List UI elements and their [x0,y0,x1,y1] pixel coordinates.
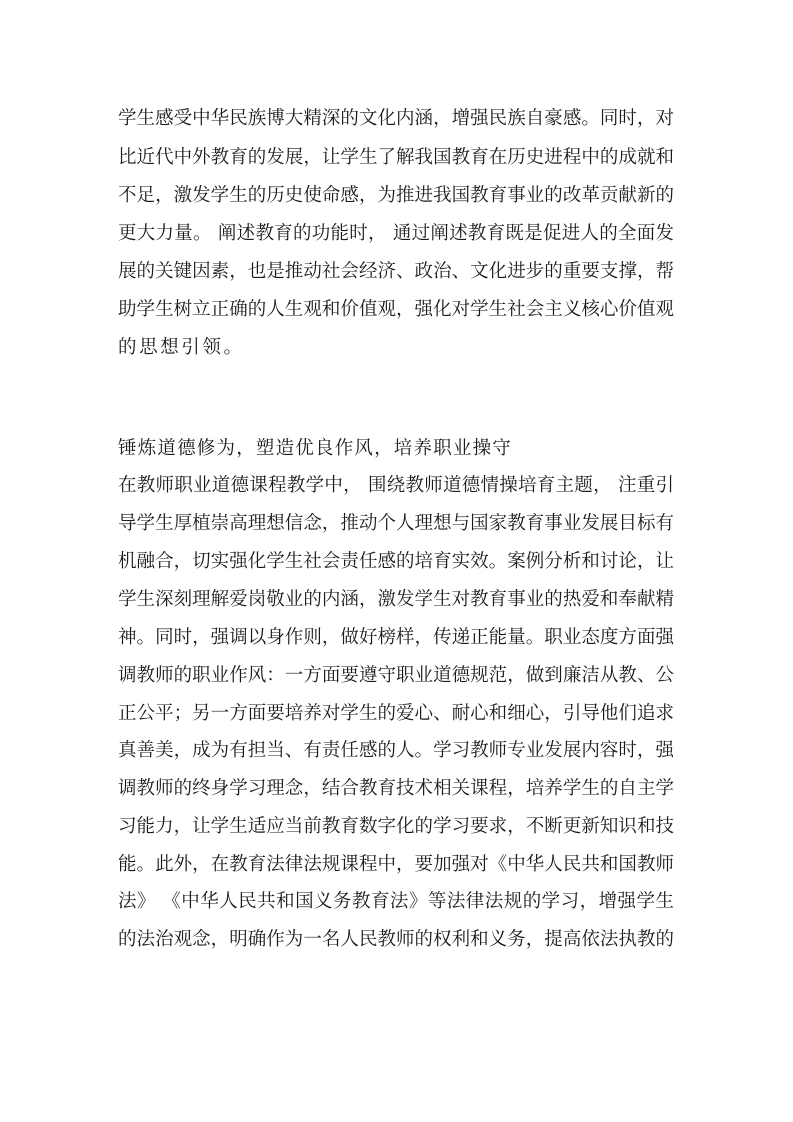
text-line: 能。此外，在教育法律法规课程中，要加强对《中华人民共和国教师 [118,846,674,884]
text-line: 不足，激发学生的历史使命感，为推进我国教育事业的改革贡献新的 [118,177,674,215]
text-line: 机融合，切实强化学生社会责任感的培育实效。案例分析和讨论，让 [118,543,674,581]
text-line: 正公平；另一方面要培养对学生的爱心、耐心和细心，引导他们追求 [118,695,674,733]
text-line: 导学生厚植崇高理想信念，推动个人理想与国家教育事业发展目标有 [118,505,674,543]
text-line: 更大力量。 阐述教育的功能时， 通过阐述教育既是促进人的全面发 [118,215,674,253]
text-line: 的法治观念，明确作为一名人民教师的权利和义务，提高依法执教的 [118,921,674,959]
text-line: 助学生树立正确的人生观和价值观，强化对学生社会主义核心价值观 [118,291,674,329]
text-line: 神。同时，强调以身作则，做好榜样，传递正能量。职业态度方面强 [118,619,674,657]
text-line: 比近代中外教育的发展，让学生了解我国教育在历史进程中的成就和 [118,139,674,177]
text-line: 学生感受中华民族博大精深的文化内涵，增强民族自豪感。同时，对 [118,100,674,138]
text-line: 调教师的终身学习理念，结合教育技术相关课程，培养学生的自主学 [118,770,674,808]
text-line: 的思想引领。 [118,329,245,367]
text-line: 在教师职业道德课程教学中， 围绕教师道德情操培育主题， 注重引 [118,467,674,505]
text-line: 展的关键因素，也是推动社会经济、政治、文化进步的重要支撑，帮 [118,253,674,291]
section-heading: 锤炼道德修为，塑造优良作风，培养职业操守 [118,430,512,468]
text-line: 习能力，让学生适应当前教育数字化的学习要求，不断更新知识和技 [118,808,674,846]
text-line: 学生深刻理解爱岗敬业的内涵，激发学生对教育事业的热爱和奉献精 [118,581,674,619]
text-line: 真善美，成为有担当、有责任感的人。学习教师专业发展内容时，强 [118,732,674,770]
text-line: 法》 《中华人民共和国义务教育法》等法律法规的学习，增强学生 [118,883,674,921]
text-line: 调教师的职业作风：一方面要遵守职业道德规范，做到廉洁从教、公 [118,657,674,695]
